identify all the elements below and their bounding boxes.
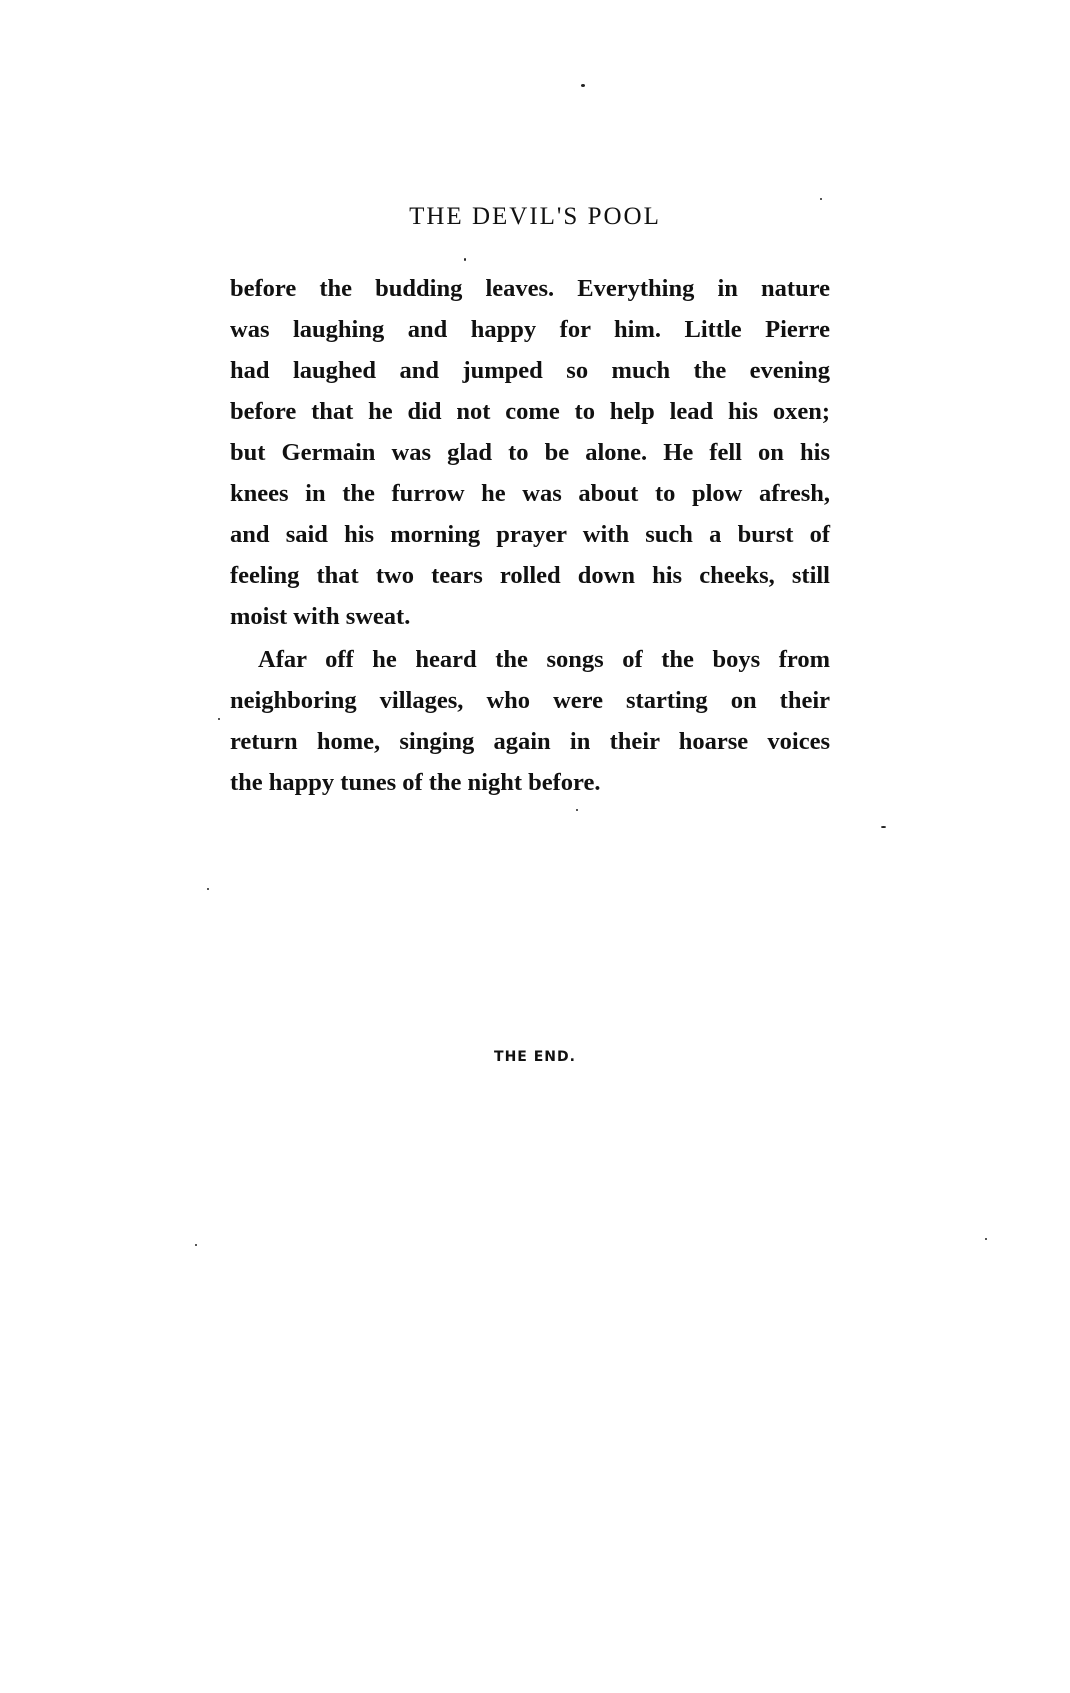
text-line: Afar off he heard the songs of the boys … [230,639,830,680]
body-text: before the budding leaves. Everything in… [230,268,830,803]
text-line: was laughing and happy for him. Little P… [230,309,830,350]
text-line: moist with sweat. [230,596,830,637]
text-line: had laughed and jumped so much the eveni… [230,350,830,391]
paragraph-1: before the budding leaves. Everything in… [230,268,830,637]
text-line: feeling that two tears rolled down his c… [230,555,830,596]
scan-speck [576,809,578,811]
text-line: return home, singing again in their hoar… [230,721,830,762]
scan-speck [985,1238,987,1240]
scan-speck [881,826,886,828]
scan-speck [218,718,220,720]
text-line: the happy tunes of the night before. [230,762,830,803]
scan-speck [207,888,209,890]
book-page: THE DEVIL'S POOL before the budding leav… [0,0,1070,1693]
running-head: THE DEVIL'S POOL [0,203,1070,231]
text-line: before the budding leaves. Everything in… [230,268,830,309]
closing-text: THE END. [0,1049,1070,1065]
scan-speck [581,84,585,87]
scan-speck [464,258,466,261]
scan-speck [820,198,822,200]
text-line: but Germain was glad to be alone. He fel… [230,432,830,473]
text-line: before that he did not come to help lead… [230,391,830,432]
paragraph-2: Afar off he heard the songs of the boys … [230,639,830,803]
text-line: neighboring villages, who were starting … [230,680,830,721]
text-line: and said his morning prayer with such a … [230,514,830,555]
text-line: knees in the furrow he was about to plow… [230,473,830,514]
scan-speck [195,1244,197,1246]
